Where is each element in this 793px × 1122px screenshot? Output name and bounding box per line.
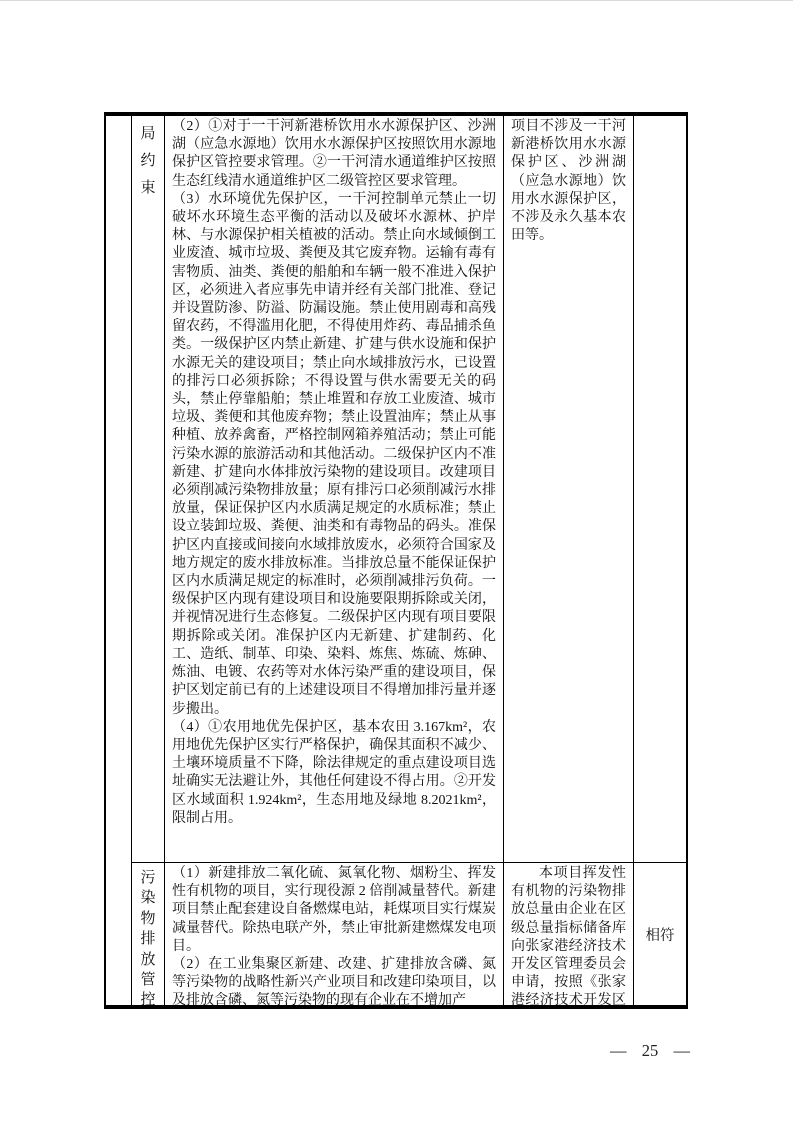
page-number: — 25 — (610, 1041, 690, 1061)
category-cell-pollutant-discharge-control: 污染物排放管控 (132, 863, 165, 1005)
conclusion-cell-row1 (634, 116, 686, 863)
requirement-paragraph: （3）水环境优先保护区，一干河控制单元禁止一切破坏水环境生态平衡的活动以及破坏水… (172, 191, 496, 719)
analysis-cell-row2: 本项目挥发性有机物的污染物排放总量由企业在区级总量指标储备库向张家港经济技术开发… (504, 863, 634, 1005)
category-label-vertical: 局约束 (140, 116, 156, 862)
analysis-paragraph: 项目不涉及一干河新港桥饮用水水源保护区、沙洲湖（应急水源地）饮用水水源保护区，不… (511, 118, 626, 245)
requirement-paragraph: （2）在工业集聚区新建、改建、扩建排放含磷、氮等污染物的战略性新兴产业项目和改建… (172, 956, 496, 1005)
page-number-dash-left: — (610, 1041, 627, 1061)
requirement-paragraph: （2）①对于一干河新港桥饮用水水源保护区、沙洲湖（应急水源地）饮用水水源保护区按… (172, 118, 496, 191)
page-number-dash-right: — (674, 1041, 691, 1061)
compliance-table: 局约束 （2）①对于一干河新港桥饮用水水源保护区、沙洲湖（应急水源地）饮用水水源… (104, 112, 688, 1009)
page-number-value: 25 (642, 1041, 659, 1061)
document-page: { "page": { "number": "25", "dash_left":… (0, 0, 793, 1122)
requirement-paragraph: （1）新建排放二氧化硫、氮氧化物、烟粉尘、挥发性有机物的项目，实行现役源 2 倍… (172, 865, 496, 956)
requirement-paragraph: （4）①农用地优先保护区，基本农田 3.167km²，农用地优先保护区实行严格保… (172, 719, 496, 828)
conclusion-cell-row2: 相符 (634, 863, 686, 1005)
category-cell-ju-yue-shu: 局约束 (132, 116, 165, 863)
requirement-cell-row2: （1）新建排放二氧化硫、氮氧化物、烟粉尘、挥发性有机物的项目，实行现役源 2 倍… (165, 863, 504, 1005)
margin-column-cell (106, 116, 132, 1005)
analysis-cell-row1: 项目不涉及一干河新港桥饮用水水源保护区、沙洲湖（应急水源地）饮用水水源保护区，不… (504, 116, 634, 863)
analysis-paragraph: 本项目挥发性有机物的污染物排放总量由企业在区级总量指标储备库向张家港经济技术开发… (511, 865, 626, 1005)
conclusion-text: 相符 (646, 924, 675, 945)
requirement-cell-row1: （2）①对于一干河新港桥饮用水水源保护区、沙洲湖（应急水源地）饮用水水源保护区按… (165, 116, 504, 863)
category-label-vertical: 污染物排放管控 (140, 863, 156, 1005)
